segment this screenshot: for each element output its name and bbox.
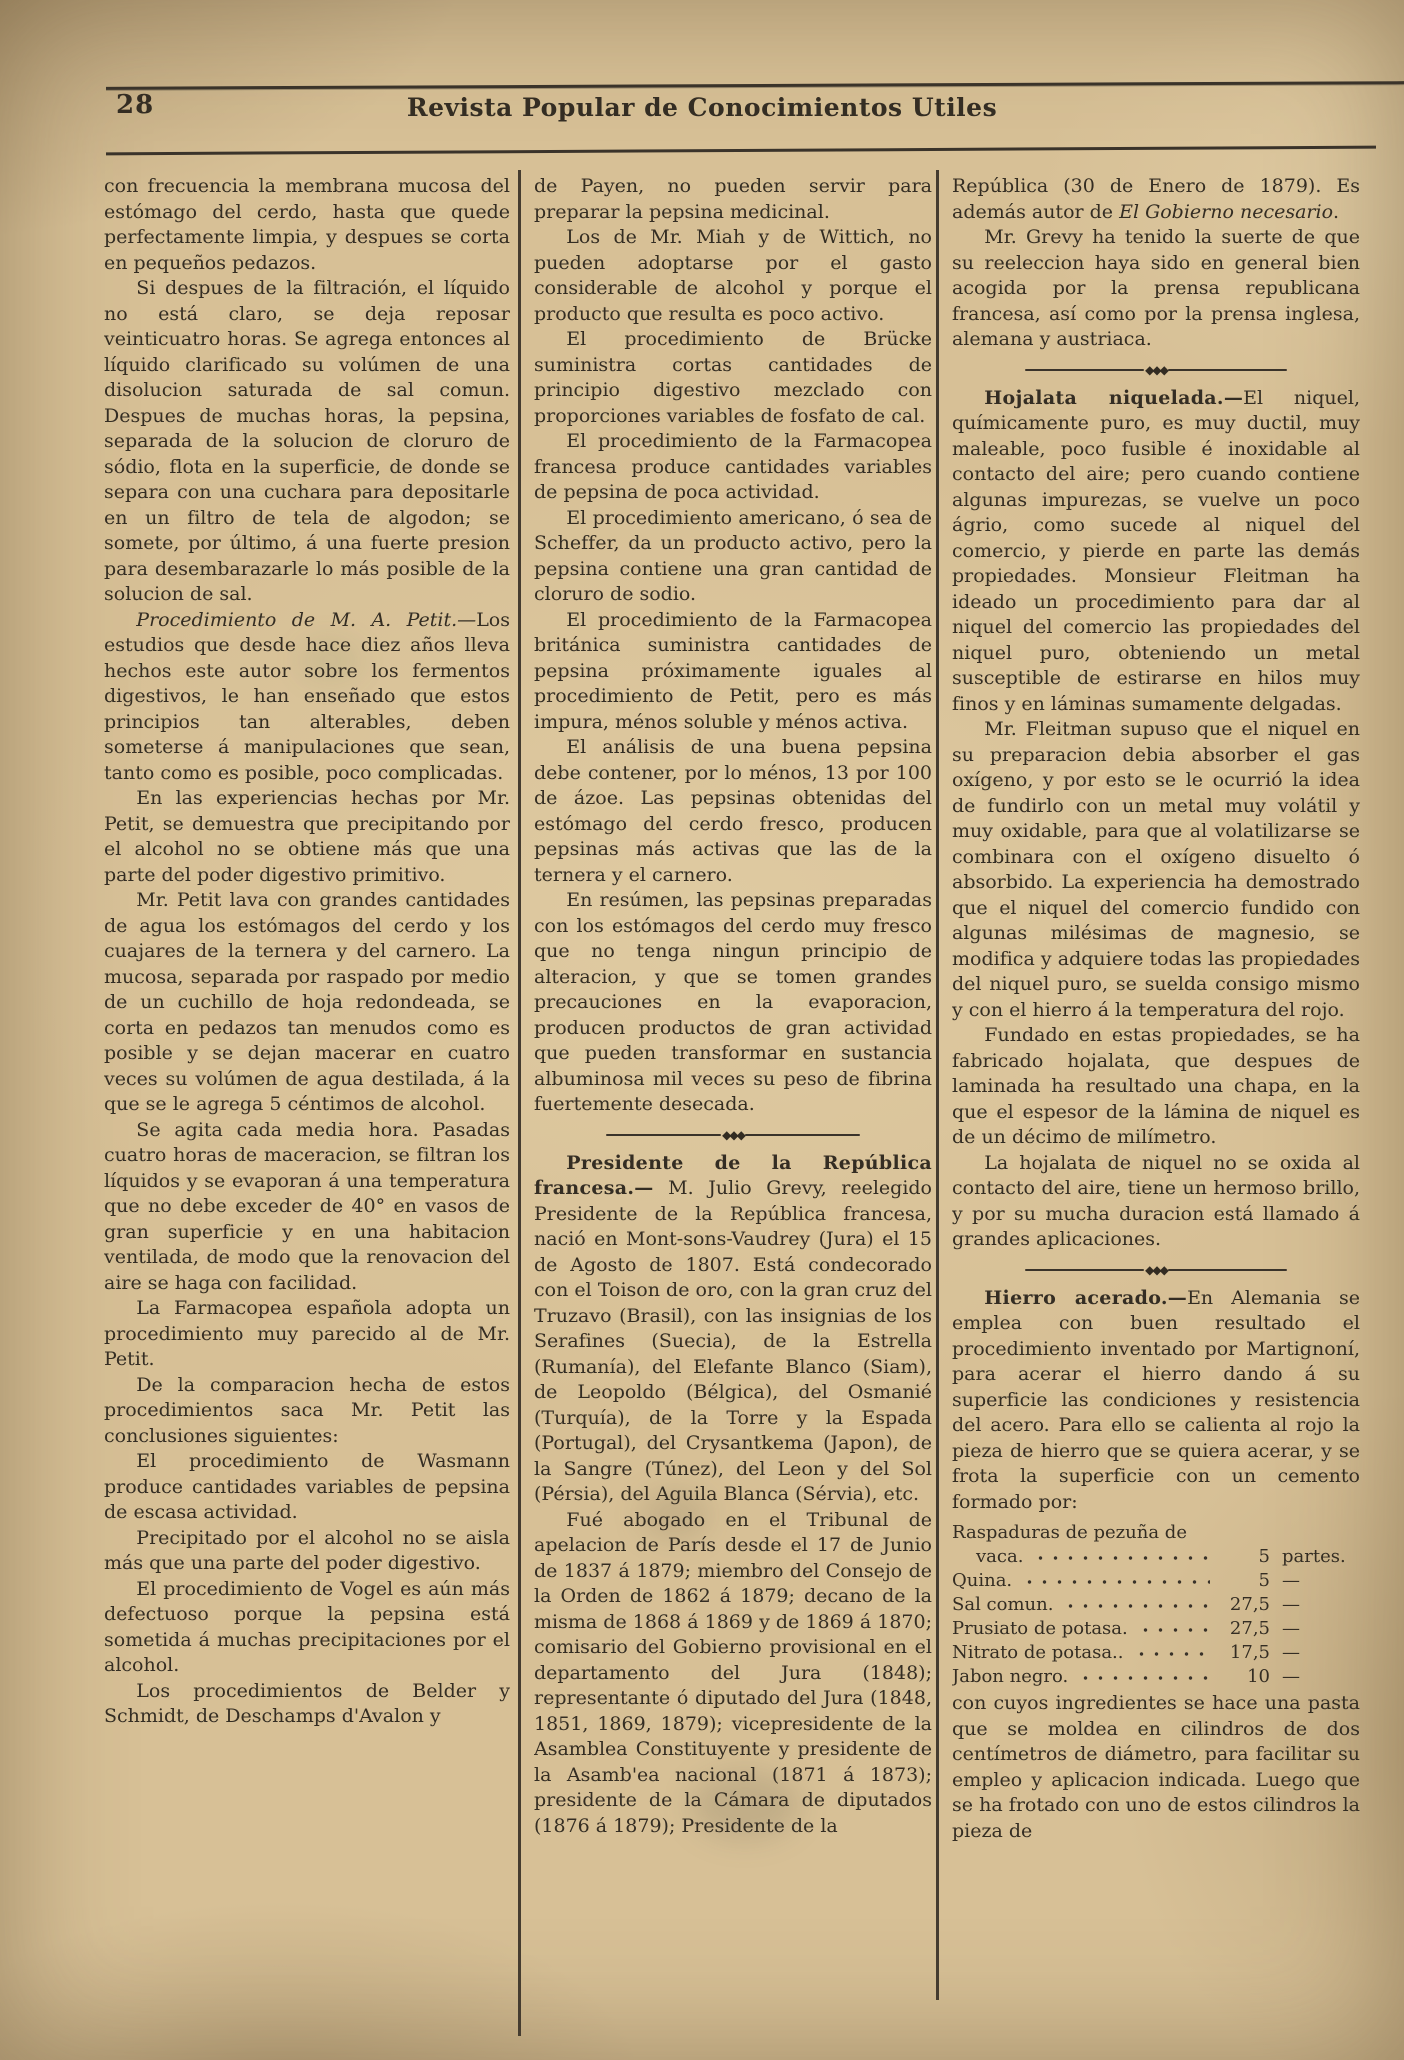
paragraph: De la comparacion hecha de estos procedi… <box>104 1373 510 1450</box>
paragraph-text: Si despues de la filtración, el líquido … <box>104 277 510 605</box>
article-lead: Hierro acerado.— <box>984 1287 1187 1309</box>
paragraph: Mr. Grevy ha tenido la suerte de que su … <box>952 225 1360 353</box>
paragraph-text: El procedimiento de la Farmacopea france… <box>534 430 932 503</box>
header-rule <box>106 146 1376 156</box>
paragraph-text: En las experiencias hechas por Mr. Petit… <box>104 787 510 886</box>
row-value: 27,5 <box>1216 1617 1270 1641</box>
article-lead: Procedimiento de M. A. Petit.— <box>136 609 476 631</box>
row-unit: — <box>1270 1569 1360 1593</box>
row-value: 5 <box>1216 1569 1270 1593</box>
paragraph: Fué abogado en el Tribunal de apelacion … <box>534 1508 932 1840</box>
row-label: vaca. <box>952 1545 1023 1569</box>
paragraph: Se agita cada media hora. Pasadas cuatro… <box>104 1118 510 1297</box>
section-separator: ◆◆◆ <box>1025 1264 1286 1276</box>
section-separator: ◆◆◆ <box>1025 364 1286 376</box>
column-1: con frecuencia la membrana mucosa del es… <box>104 174 510 2054</box>
paragraph-text: Mr. Fleitman supuso que el niquel en su … <box>952 718 1360 1021</box>
paragraph-text: Los procedimientos de Belder y Schmidt, … <box>104 1680 510 1728</box>
paragraph-text: La Farmacopea española adopta un procedi… <box>104 1297 510 1370</box>
row-value: 10 <box>1216 1665 1270 1689</box>
column-divider-2 <box>936 170 939 2000</box>
section-separator: ◆◆◆ <box>606 1129 861 1141</box>
paragraph-text: En resúmen, las pepsinas preparadas con … <box>534 889 932 1115</box>
journal-title: Revista Popular de Conocimientos Utiles <box>0 93 1404 122</box>
paragraph-text: con frecuencia la membrana mucosa del es… <box>104 175 510 274</box>
column-3: República (30 de Enero de 1879). Es adem… <box>952 174 1360 2054</box>
paragraph: El procedimiento de Brücke suministra co… <box>534 327 932 429</box>
ingredients-table: Raspaduras de pezuña devaca.5partes.Quin… <box>952 1521 1360 1689</box>
column-divider-1 <box>518 170 521 2036</box>
paragraph: Mr. Fleitman supuso que el niquel en su … <box>952 717 1360 1023</box>
paragraph-text: M. Julio Grevy, reelegido Presidente de … <box>534 1177 932 1505</box>
paragraph: El procedimiento de la Farmacopea france… <box>534 429 932 506</box>
paragraph-text: El niquel, químicamente puro, es muy duc… <box>952 387 1360 715</box>
table-row: Sal comun.27,5— <box>952 1593 1360 1617</box>
paragraph: de Payen, no pueden servir para preparar… <box>534 174 932 225</box>
paragraph: Si despues de la filtración, el líquido … <box>104 276 510 608</box>
row-unit: — <box>1270 1617 1360 1641</box>
dot-leader <box>1018 1569 1210 1593</box>
article-start: Presidente de la República francesa.— M.… <box>534 1151 932 1508</box>
paragraph-text: En Alemania se emplea con buen resultado… <box>952 1287 1360 1513</box>
top-rule <box>106 81 1404 90</box>
paragraph-text: Se agita cada media hora. Pasadas cuatro… <box>104 1119 510 1294</box>
paragraph: República (30 de Enero de 1879). Es adem… <box>952 174 1360 225</box>
paragraph: La hojalata de niquel no se oxida al con… <box>952 1151 1360 1253</box>
row-label: Raspaduras de pezuña de <box>952 1521 1187 1545</box>
paragraph: Precipitado por el alcohol no se aisla m… <box>104 1526 510 1577</box>
paragraph-text: con cuyos ingredientes se hace una pasta… <box>952 1692 1360 1842</box>
row-unit: — <box>1270 1641 1360 1665</box>
row-label: Prusiato de potasa. <box>952 1617 1128 1641</box>
paragraph: con cuyos ingredientes se hace una pasta… <box>952 1691 1360 1844</box>
table-row: Raspaduras de pezuña de <box>952 1521 1360 1545</box>
dot-leader <box>1029 1545 1210 1569</box>
row-label: Sal comun. <box>952 1593 1053 1617</box>
paragraph-text: Mr. Grevy ha tenido la suerte de que su … <box>952 226 1360 350</box>
paragraph: El análisis de una buena pepsina debe co… <box>534 735 932 888</box>
dot-leader <box>1059 1593 1210 1617</box>
paragraph-text: Fundado en estas propiedades, se ha fabr… <box>952 1024 1360 1148</box>
dot-leader <box>1130 1641 1210 1665</box>
paragraph-text: Los de Mr. Miah y de Wittich, no pueden … <box>534 226 932 325</box>
paragraph: Fundado en estas propiedades, se ha fabr… <box>952 1023 1360 1151</box>
paragraph-text: El procedimiento americano, ó sea de Sch… <box>534 507 932 606</box>
row-label: Jabon negro. <box>952 1665 1068 1689</box>
paragraph: El procedimiento de Wasmann produce cant… <box>104 1449 510 1526</box>
table-row: Nitrato de potasa..17,5— <box>952 1641 1360 1665</box>
paragraph-text: . <box>1333 201 1339 223</box>
paragraph-text: El procedimiento de Brücke suministra co… <box>534 328 932 427</box>
paragraph-text: Los estudios que desde hace diez años ll… <box>104 609 510 784</box>
paragraph: Los de Mr. Miah y de Wittich, no pueden … <box>534 225 932 327</box>
book-title: El Gobierno necesario <box>1119 201 1333 223</box>
separator-diamonds-icon: ◆◆◆ <box>1144 1264 1168 1276</box>
row-value: 17,5 <box>1216 1641 1270 1665</box>
row-value: 5 <box>1216 1545 1270 1569</box>
scanned-magazine-page: 28 Revista Popular de Conocimientos Util… <box>0 0 1404 2060</box>
paragraph: El procedimiento de Vogel es aún más def… <box>104 1577 510 1679</box>
paragraph-text: Precipitado por el alcohol no se aisla m… <box>104 1527 510 1575</box>
table-row: Jabon negro.10— <box>952 1665 1360 1689</box>
row-unit: partes. <box>1270 1545 1360 1569</box>
paragraph: En las experiencias hechas por Mr. Petit… <box>104 786 510 888</box>
paragraph-text: de Payen, no pueden servir para preparar… <box>534 175 932 223</box>
row-unit: — <box>1270 1593 1360 1617</box>
paragraph: El procedimiento de la Farmacopea britán… <box>534 608 932 736</box>
paragraph: La Farmacopea española adopta un procedi… <box>104 1296 510 1373</box>
article-start: Hierro acerado.—En Alemania se emplea co… <box>952 1286 1360 1516</box>
paragraph-text: El análisis de una buena pepsina debe co… <box>534 736 932 886</box>
table-row: Quina.5— <box>952 1569 1360 1593</box>
paragraph-text: El procedimiento de Wasmann produce cant… <box>104 1450 510 1523</box>
column-2: de Payen, no pueden servir para preparar… <box>534 174 932 2054</box>
article-start: Hojalata niquelada.—El niquel, químicame… <box>952 386 1360 718</box>
row-unit: — <box>1270 1665 1360 1689</box>
paragraph: Procedimiento de M. A. Petit.—Los estudi… <box>104 608 510 787</box>
row-label: Nitrato de potasa.. <box>952 1641 1124 1665</box>
row-label: Quina. <box>952 1569 1012 1593</box>
paragraph-text: El procedimiento de la Farmacopea britán… <box>534 609 932 733</box>
paragraph: Los procedimientos de Belder y Schmidt, … <box>104 1679 510 1730</box>
paragraph: El procedimiento americano, ó sea de Sch… <box>534 506 932 608</box>
dot-leader <box>1074 1665 1210 1689</box>
separator-diamonds-icon: ◆◆◆ <box>1144 364 1168 376</box>
table-row: vaca.5partes. <box>952 1545 1360 1569</box>
paragraph-text: Fué abogado en el Tribunal de apelacion … <box>534 1509 932 1837</box>
paragraph-text: De la comparacion hecha de estos procedi… <box>104 1374 510 1447</box>
row-value: 27,5 <box>1216 1593 1270 1617</box>
paragraph: Mr. Petit lava con grandes cantidades de… <box>104 888 510 1118</box>
paragraph-text: La hojalata de niquel no se oxida al con… <box>952 1152 1360 1251</box>
paragraph: con frecuencia la membrana mucosa del es… <box>104 174 510 276</box>
table-row: Prusiato de potasa.27,5— <box>952 1617 1360 1641</box>
paragraph-text: El procedimiento de Vogel es aún más def… <box>104 1578 510 1677</box>
dot-leader <box>1134 1617 1210 1641</box>
paragraph: En resúmen, las pepsinas preparadas con … <box>534 888 932 1118</box>
separator-diamonds-icon: ◆◆◆ <box>721 1129 745 1141</box>
paragraph-text: Mr. Petit lava con grandes cantidades de… <box>104 889 510 1115</box>
article-lead: Hojalata niquelada.— <box>984 387 1243 409</box>
